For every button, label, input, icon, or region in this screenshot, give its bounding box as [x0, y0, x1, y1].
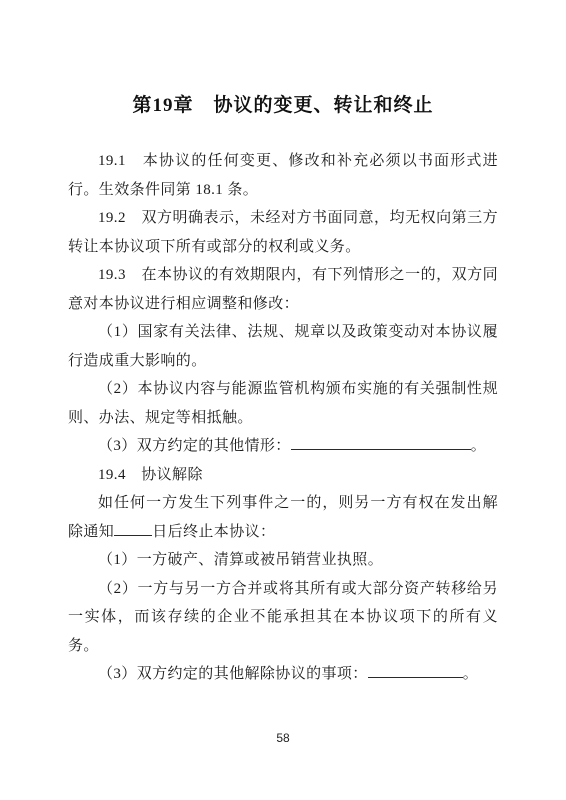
page-number: 58: [0, 731, 566, 745]
document-page: 第19章 协议的变更、转让和终止 19.1 本协议的任何变更、修改和补充必须以书…: [0, 0, 566, 800]
paragraph-19-4-intro: 如任何一方发生下列事件之一的，则另一方有权在发出解除通知日后终止本协议：: [68, 489, 498, 546]
fill-in-blank: [114, 521, 152, 536]
paragraph-text: （3）双方约定的其他解除协议的事项：: [98, 666, 368, 682]
paragraph-19-4-item-3: （3）双方约定的其他解除协议的事项：。: [68, 660, 498, 689]
paragraph-19-1: 19.1 本协议的任何变更、修改和补充必须以书面形式进行。生效条件同第 18.1…: [68, 147, 498, 204]
paragraph-text: （1）国家有关法律、法规、规章以及政策变动对本协议履行造成重大影响的。: [68, 324, 498, 369]
paragraph-text: （3）双方约定的其他情形：: [98, 438, 291, 454]
paragraph-text: （2）本协议内容与能源监管机构颁布实施的有关强制性规则、办法、规定等相抵触。: [68, 381, 498, 426]
paragraph-19-4-item-2: （2）一方与另一方合并或将其所有或大部分资产转移给另一实体，而该存续的企业不能承…: [68, 575, 498, 661]
paragraph-text: （1）一方破产、清算或被吊销营业执照。: [98, 552, 383, 568]
paragraph-text: 日后终止本协议：: [152, 524, 275, 540]
fill-in-blank: [291, 435, 471, 450]
paragraph-19-3-item-1: （1）国家有关法律、法规、规章以及政策变动对本协议履行造成重大影响的。: [68, 318, 498, 375]
paragraph-19-2: 19.2 双方明确表示，未经对方书面同意，均无权向第三方转让本协议项下所有或部分…: [68, 204, 498, 261]
paragraph-text: 。: [471, 438, 486, 454]
document-body: 19.1 本协议的任何变更、修改和补充必须以书面形式进行。生效条件同第 18.1…: [68, 147, 498, 689]
fill-in-blank: [368, 663, 463, 678]
paragraph-19-3-item-2: （2）本协议内容与能源监管机构颁布实施的有关强制性规则、办法、规定等相抵触。: [68, 375, 498, 432]
paragraph-text: （2）一方与另一方合并或将其所有或大部分资产转移给另一实体，而该存续的企业不能承…: [68, 581, 498, 654]
paragraph-19-3: 19.3 在本协议的有效期限内，有下列情形之一的，双方同意对本协议进行相应调整和…: [68, 261, 498, 318]
paragraph-19-3-item-3: （3）双方约定的其他情形：。: [68, 432, 498, 461]
paragraph-19-4-item-1: （1）一方破产、清算或被吊销营业执照。: [68, 546, 498, 575]
paragraph-19-4-heading: 19.4 协议解除: [68, 461, 498, 490]
paragraph-text: 19.2 双方明确表示，未经对方书面同意，均无权向第三方转让本协议项下所有或部分…: [68, 210, 498, 255]
paragraph-text: 19.3 在本协议的有效期限内，有下列情形之一的，双方同意对本协议进行相应调整和…: [68, 267, 498, 312]
chapter-title: 第19章 协议的变更、转让和终止: [0, 0, 566, 117]
paragraph-text: 。: [463, 666, 478, 682]
paragraph-text: 19.4 协议解除: [98, 467, 203, 483]
paragraph-text: 19.1 本协议的任何变更、修改和补充必须以书面形式进行。生效条件同第 18.1…: [68, 153, 498, 198]
